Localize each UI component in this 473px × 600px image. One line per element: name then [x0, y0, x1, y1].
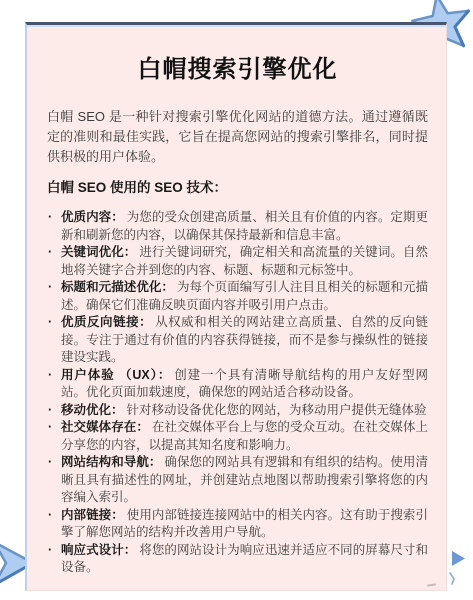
technique-term: 响应式设计： [61, 543, 136, 557]
section-heading: 白帽 SEO 使用的 SEO 技术： [47, 179, 428, 197]
technique-term: 移动优化： [61, 403, 124, 417]
technique-item: 标题和元描述优化：为每个页面编写引人注目且相关的标题和元描述。确保它们准确反映页… [47, 279, 428, 314]
technique-item: 响应式设计：将您的网站设计为响应迅速并适应不同的屏幕尺寸和设备。 [47, 542, 428, 577]
page-title: 白帽搜索引擎优化 [47, 49, 428, 84]
technique-term: 优质反向链接： [61, 315, 152, 329]
technique-description: 针对移动设备优化您的网站，为移动用户提供无缝体验 [127, 403, 427, 417]
technique-term: 网站结构和导航： [61, 455, 161, 469]
technique-term: 优质内容： [61, 210, 124, 224]
technique-item: 网站结构和导航：确保您的网站具有逻辑和有组织的结构。使用清晰且具有描述性的网址，… [47, 454, 428, 507]
seo-document-card: 白帽搜索引擎优化 白帽 SEO 是一种针对搜索引擎优化网站的道德方法。通过遵循既… [25, 22, 447, 591]
page: 白帽搜索引擎优化 白帽 SEO 是一种针对搜索引擎优化网站的道德方法。通过遵循既… [0, 0, 473, 600]
technique-item: 优质反向链接：从权威和相关的网站建立高质量、自然的反向链接。专注于通过有价值的内… [47, 314, 428, 367]
technique-term: 用户体验 （UX）： [61, 368, 171, 382]
technique-item: 用户体验 （UX）：创建一个具有清晰导航结构的用户友好型网站。优化页面加载速度，… [47, 367, 428, 402]
seo-techniques-list: 优质内容：为您的受众创建高质量、相关且有价值的内容。定期更新和刷新您的内容，以确… [47, 209, 428, 577]
intro-paragraph: 白帽 SEO 是一种针对搜索引擎优化网站的道德方法。通过遵循既定的准则和最佳实践… [47, 107, 428, 167]
technique-item: 移动优化：针对移动设备优化您的网站，为移动用户提供无缝体验 [47, 402, 428, 420]
technique-term: 社交媒体存在： [61, 420, 149, 434]
technique-term: 关键词优化： [61, 245, 136, 259]
technique-term: 标题和元描述优化： [61, 280, 174, 294]
technique-term: 内部链接： [61, 508, 124, 522]
technique-item: 内部链接：使用内部链接连接网站中的相关内容。这有助于搜索引擎了解您网站的结构并改… [47, 507, 428, 542]
technique-item: 优质内容：为您的受众创建高质量、相关且有价值的内容。定期更新和刷新您的内容，以确… [47, 209, 428, 244]
technique-item: 关键词优化：进行关键词研究，确定相关和高流量的关键词。自然地将关键字合并到您的内… [47, 244, 428, 279]
triangle-icon [452, 551, 466, 567]
technique-item: 社交媒体存在：在社交媒体平台上与您的受众互动。在社交媒体上分享您的内容，以提高其… [47, 419, 428, 454]
tick-mark-icon [447, 572, 457, 586]
